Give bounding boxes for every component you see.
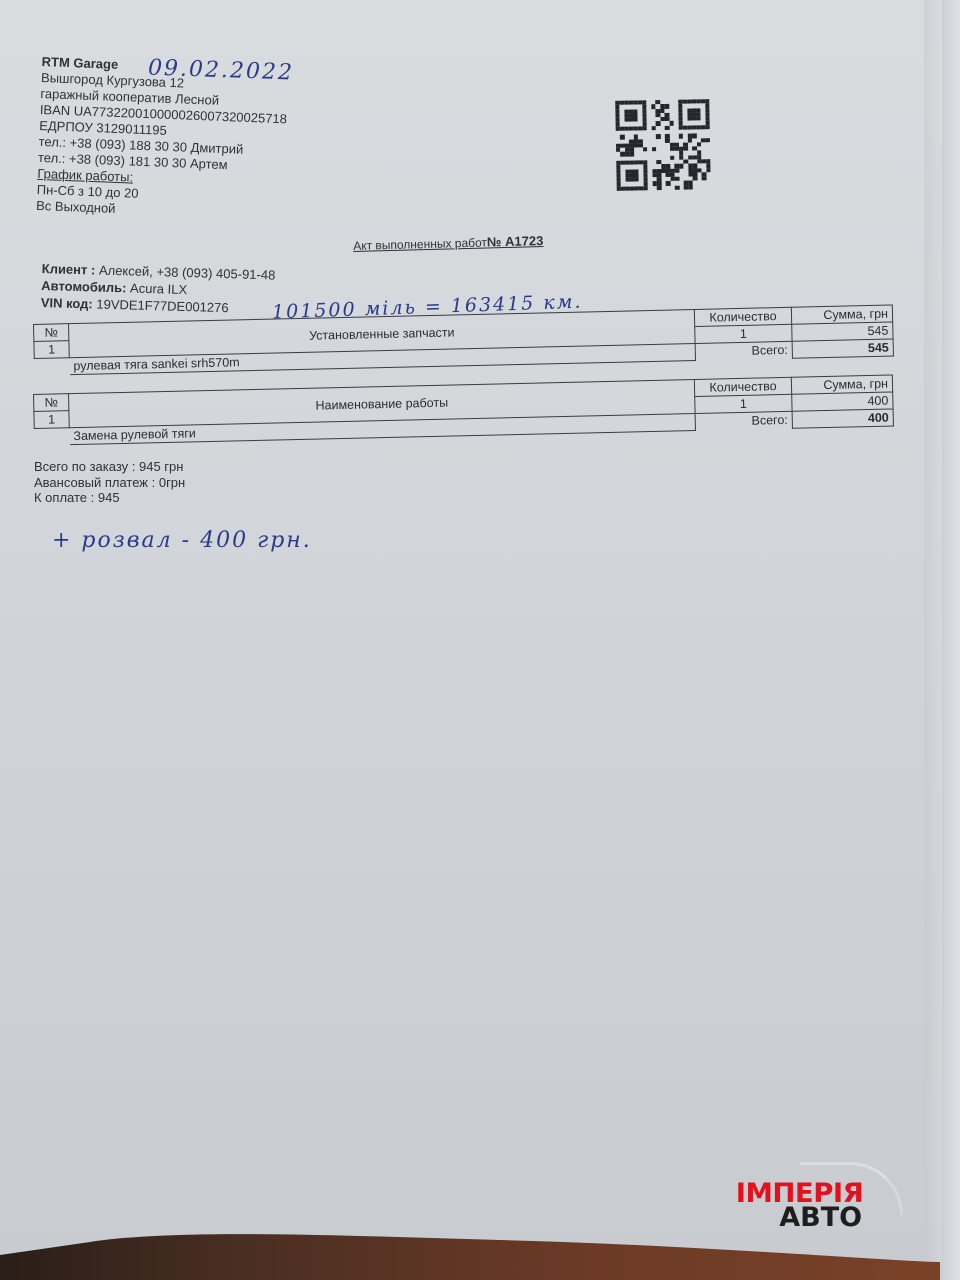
page-edge: [924, 0, 942, 1262]
act-title: Акт выполненных работ№ A1723: [353, 233, 544, 254]
row-num: 1: [34, 341, 69, 359]
total-value: 545: [792, 339, 893, 358]
logo-line-1: ІМПЕРІЯ: [736, 1182, 864, 1206]
handwritten-note: + розвал - 400 грн.: [52, 528, 312, 553]
client-info: Клиент : Алексей, +38 (093) 405-91-48 Ав…: [41, 260, 276, 318]
total-label: Всего:: [695, 411, 792, 430]
background-sheet: [940, 0, 960, 1280]
advance-payment: Авансовый платеж : 0грн: [34, 475, 185, 491]
col-qty: Количество: [694, 307, 791, 326]
parts-table: № Установленные запчасти Количество Сумм…: [33, 304, 894, 375]
document-page: RTM Garage Вышгород Кургузова 12 гаражны…: [0, 0, 942, 1280]
col-num: №: [34, 324, 69, 342]
col-num: №: [34, 394, 69, 412]
work-table: № Наименование работы Количество Сумма, …: [33, 374, 894, 445]
order-total: Всего по заказу : 945 грн: [34, 459, 185, 475]
car-label: Автомобиль:: [41, 278, 127, 295]
order-totals: Всего по заказу : 945 грн Авансовый плат…: [34, 459, 185, 506]
row-num: 1: [34, 411, 69, 429]
total-value: 400: [792, 409, 893, 428]
total-label: Всего:: [695, 341, 792, 360]
act-label: Акт выполненных работ: [353, 235, 487, 252]
col-qty: Количество: [694, 377, 791, 396]
car-value: Acura ILX: [130, 280, 187, 297]
watermark-logo: ІМПЕРІЯ АВТО: [737, 1182, 862, 1230]
vin-value: 19VDE1F77DE001276: [96, 297, 229, 316]
act-number: № A1723: [487, 233, 544, 249]
client-label: Клиент :: [42, 261, 96, 277]
handwritten-date: 09.02.2022: [148, 55, 295, 85]
qr-code-icon: [615, 99, 711, 191]
amount-to-pay: К оплате : 945: [34, 490, 185, 506]
vin-label: VIN код:: [41, 295, 93, 311]
logo-line-2: АВТО: [737, 1206, 862, 1230]
